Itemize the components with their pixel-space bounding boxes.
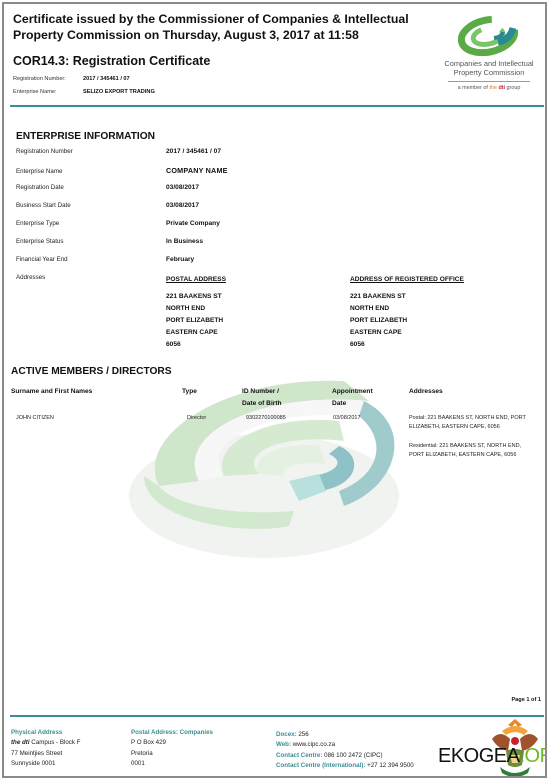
director-id-number: 9302270100085	[246, 414, 286, 423]
col-header-appt-line2: Date	[332, 398, 373, 410]
col-header-id: ID Number / Date of Birth	[242, 386, 282, 410]
cipc-logo: Companies and Intellectual Property Comm…	[432, 16, 546, 102]
footer-postal-line1: P O Box 429	[131, 738, 213, 748]
col-header-addresses: Addresses	[409, 386, 443, 398]
director-name: JOHN CITIZEN	[16, 414, 54, 423]
contact-label: Docex:	[276, 731, 297, 738]
header-registration-number: Registration Number:2017 / 345461 / 07	[13, 76, 130, 82]
field-label: Enterprise Type	[16, 220, 166, 227]
header-meta-value: SELIZO EXPORT TRADING	[83, 89, 155, 95]
director-residential-address: Residential: 221 BAAKENS ST, NORTH END, …	[409, 442, 537, 460]
header-divider	[10, 105, 544, 107]
field-value: 03/08/2017	[166, 202, 199, 209]
postal-address-block: POSTAL ADDRESS 221 BAAKENS ST NORTH END …	[166, 274, 226, 351]
col-header-type: Type	[182, 386, 197, 398]
header-meta-label: Registration Number:	[13, 76, 83, 82]
tagline-prefix: a member of	[458, 85, 490, 91]
address-line: NORTH END	[166, 303, 226, 315]
director-type: Director	[187, 414, 206, 423]
logo-tagline: a member of the dti group	[432, 85, 546, 91]
contact-label: Web:	[276, 741, 291, 748]
field-value: February	[166, 256, 194, 263]
col-header-name: Surname and First Names	[11, 386, 92, 398]
footer-contact-centre: Contact Centre: 086 100 2472 (CIPC)	[276, 751, 414, 761]
col-header-appt-line1: Appointment	[332, 386, 373, 398]
header-meta-value: 2017 / 345461 / 07	[83, 76, 130, 82]
field-value: Private Company	[166, 220, 220, 227]
contact-value: 086 100 2472 (CIPC)	[322, 752, 382, 759]
footer-physical-line3: Sunnyside 0001	[11, 759, 80, 769]
logo-name-line1: Companies and Intellectual	[432, 59, 546, 68]
field-value: In Business	[166, 238, 203, 245]
active-directors-heading: ACTIVE MEMBERS / DIRECTORS	[11, 366, 172, 377]
field-label: Enterprise Status	[16, 238, 166, 245]
field-label: Registration Number	[16, 148, 166, 155]
contact-label: Contact Centre (International):	[276, 762, 365, 769]
footer-physical-line2: 77 Meintjies Street	[11, 749, 80, 759]
cipc-watermark-icon	[114, 346, 444, 576]
director-appointment-date: 03/08/2017	[333, 414, 361, 423]
col-header-appointment: Appointment Date	[332, 386, 373, 410]
col-header-id-line2: Date of Birth	[242, 398, 282, 410]
logo-name-line2: Property Commission	[432, 68, 546, 77]
field-label: Financial Year End	[16, 256, 166, 263]
field-addresses-label: Addresses	[16, 274, 166, 281]
field-enterprise-type: Enterprise TypePrivate Company	[16, 220, 220, 227]
footer-web: Web: www.cipc.co.za	[276, 740, 414, 750]
certificate-page: Certificate issued by the Commissioner o…	[2, 2, 547, 778]
postal-address-heading: POSTAL ADDRESS	[166, 274, 226, 286]
field-label: Enterprise Name	[16, 168, 166, 175]
address-line: EASTERN CAPE	[350, 327, 464, 339]
footer-physical-address: Physical Address the dti Campus - Block …	[11, 728, 80, 769]
enterprise-information-heading: ENTERPRISE INFORMATION	[16, 131, 155, 142]
footer-contact-info: Docex: 256 Web: www.cipc.co.za Contact C…	[276, 730, 414, 771]
contact-label: Contact Centre:	[276, 752, 322, 759]
tagline-suffix: group	[505, 85, 520, 91]
web-link[interactable]: www.cipc.co.za	[291, 741, 335, 748]
address-line: EASTERN CAPE	[166, 327, 226, 339]
address-line: 6056	[166, 339, 226, 351]
header-enterprise-name: Enterprise Name:SELIZO EXPORT TRADING	[13, 89, 155, 95]
dti-italic: the dti	[11, 739, 30, 746]
field-enterprise-name: Enterprise NameCOMPANY NAME	[16, 166, 228, 175]
watermark-part1: EKOGEA	[438, 745, 519, 767]
field-label: Registration Date	[16, 184, 166, 191]
footer-divider	[10, 715, 544, 717]
contact-value: 256	[297, 731, 309, 738]
footer-postal-line3: 0001	[131, 759, 213, 769]
watermark-part2: ORG	[525, 745, 547, 767]
field-enterprise-status: Enterprise StatusIn Business	[16, 238, 203, 245]
field-value: 2017 / 345461 / 07	[166, 148, 221, 155]
address-line: NORTH END	[350, 303, 464, 315]
page-number: Page 1 of 1	[511, 697, 541, 703]
header-meta-label: Enterprise Name:	[13, 89, 83, 95]
director-postal-address: Postal: 221 BAAKENS ST, NORTH END, PORT …	[409, 414, 537, 432]
footer-physical-heading: Physical Address	[11, 728, 80, 738]
document-type-heading: COR14.3: Registration Certificate	[13, 54, 210, 68]
field-financial-year-end: Financial Year EndFebruary	[16, 256, 194, 263]
field-registration-date: Registration Date03/08/2017	[16, 184, 199, 191]
logo-divider	[448, 81, 530, 82]
footer-postal-address: Postal Address: Companies P O Box 429 Pr…	[131, 728, 213, 769]
field-registration-number: Registration Number2017 / 345461 / 07	[16, 148, 221, 155]
field-label: Addresses	[16, 274, 166, 281]
certificate-title: Certificate issued by the Commissioner o…	[13, 11, 423, 43]
footer-docex: Docex: 256	[276, 730, 414, 740]
address-line: 221 BAAKENS ST	[166, 291, 226, 303]
field-value: COMPANY NAME	[166, 166, 228, 175]
footer-physical-line1: the dti Campus - Block F	[11, 738, 80, 748]
footer-postal-heading: Postal Address: Companies	[131, 728, 213, 738]
col-header-id-line1: ID Number /	[242, 386, 282, 398]
field-business-start-date: Business Start Date03/08/2017	[16, 202, 199, 209]
ekogea-watermark-text: EKOGEA.ORG	[438, 745, 547, 767]
address-line: 6056	[350, 339, 464, 351]
field-value: 03/08/2017	[166, 184, 199, 191]
field-label: Business Start Date	[16, 202, 166, 209]
contact-value: +27 12 394 9500	[365, 762, 413, 769]
cipc-swirl-icon	[458, 16, 520, 56]
registered-office-heading: ADDRESS OF REGISTERED OFFICE	[350, 274, 464, 286]
address-line: PORT ELIZABETH	[350, 315, 464, 327]
footer-physical-line1-rest: Campus - Block F	[30, 739, 81, 746]
address-line: 221 BAAKENS ST	[350, 291, 464, 303]
address-line: PORT ELIZABETH	[166, 315, 226, 327]
footer-contact-international: Contact Centre (International): +27 12 3…	[276, 761, 414, 771]
registered-office-block: ADDRESS OF REGISTERED OFFICE 221 BAAKENS…	[350, 274, 464, 351]
footer-postal-line2: Pretoria	[131, 749, 213, 759]
